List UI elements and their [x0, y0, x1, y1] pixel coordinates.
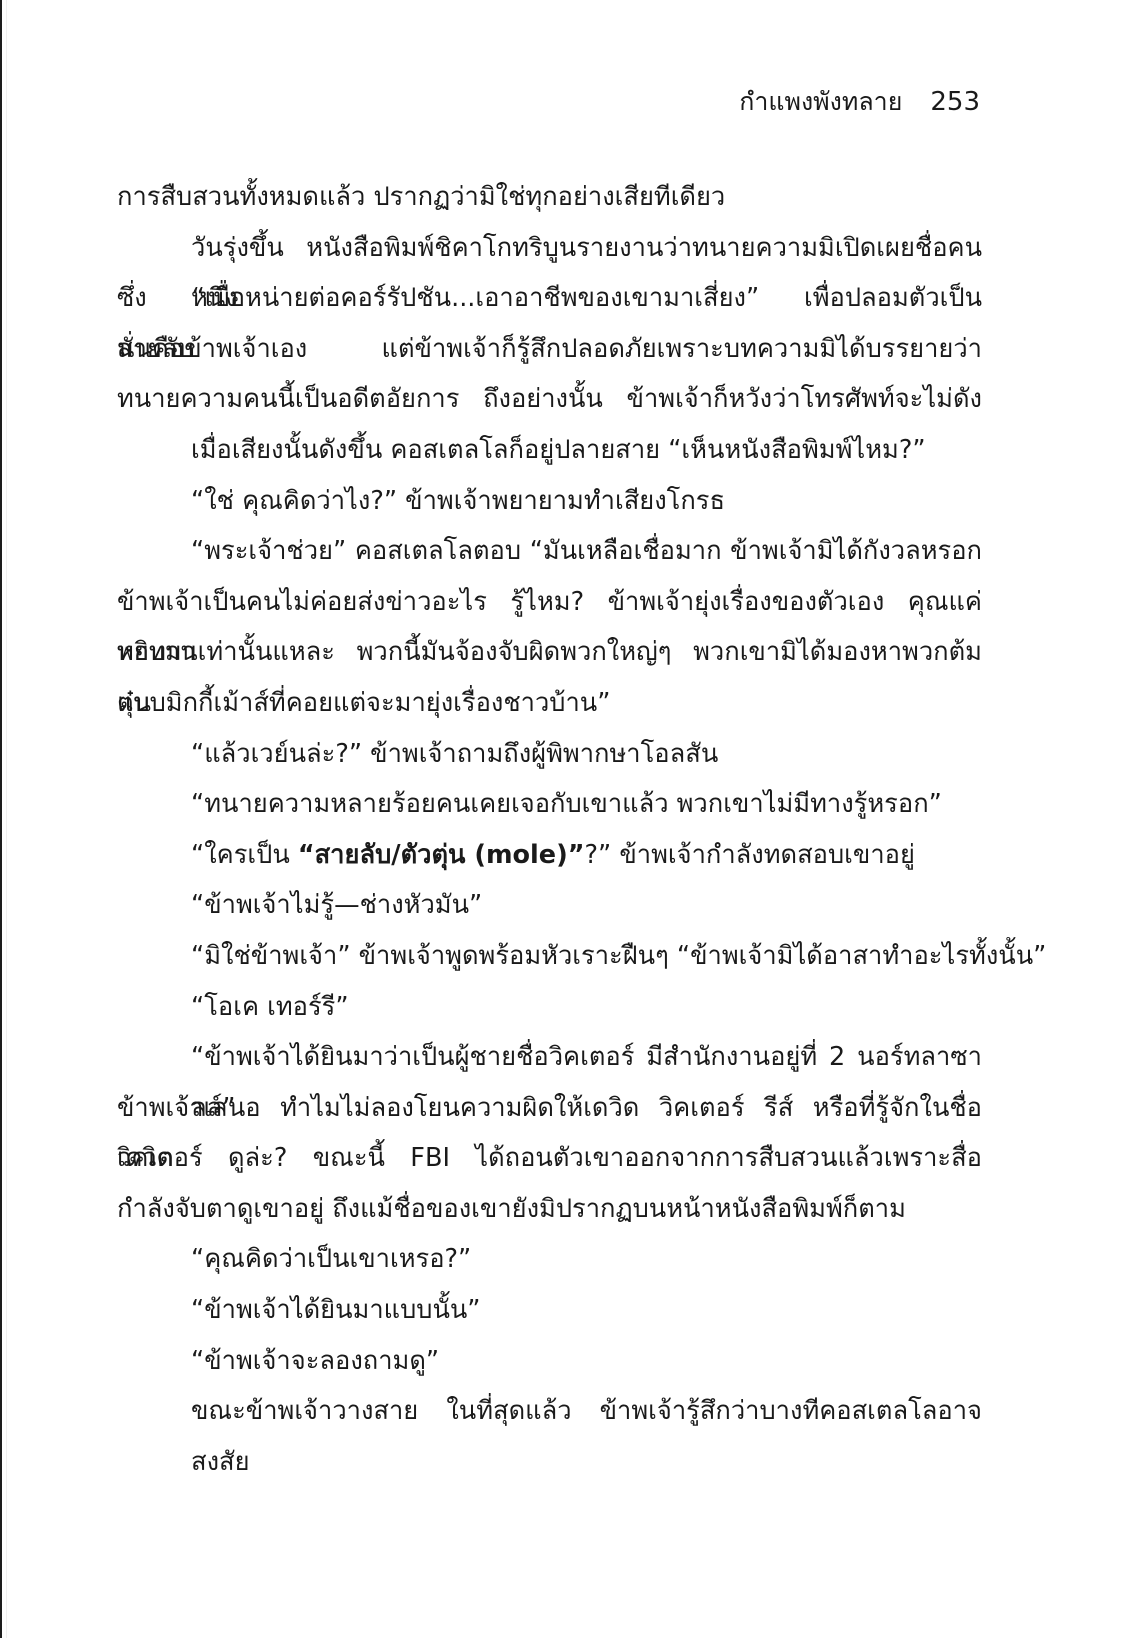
- text-line: ซึ่ง “เบื่อหน่ายต่อคอร์รัปชัน...เอาอาชีพ…: [117, 273, 982, 324]
- page-number: 253: [930, 87, 980, 117]
- text-line: “โอเค เทอร์รี”: [117, 982, 982, 1033]
- text-line: ข้าพเจ้าเสนอ ทำไมไม่ลองโยนความผิดให้เดวิ…: [117, 1083, 982, 1134]
- text-line: “คุณคิดว่าเป็นเขาเหรอ?”: [117, 1234, 982, 1285]
- text-line: “พระเจ้าช่วย” คอสเตลโลตอบ “มันเหลือเชื่อ…: [117, 526, 982, 577]
- text-line: “ทนายความหลายร้อยคนเคยเจอกับเขาแล้ว พวกเ…: [117, 779, 982, 830]
- text-line: “ข้าพเจ้าจะลองถามดู”: [117, 1336, 982, 1387]
- text-line: “แล้วเวย์นล่ะ?” ข้าพเจ้าถามถึงผู้พิพากษา…: [117, 729, 982, 780]
- text-line: “ข้าพเจ้าได้ยินมาแบบนั้น”: [117, 1285, 982, 1336]
- text-line: พอทานเท่านั้นแหละ พวกนี้มันจ้องจับผิดพวก…: [117, 627, 982, 678]
- text-line: “ข้าพเจ้าไม่รู้—ช่างหัวมัน”: [117, 880, 982, 931]
- text-line: “มิใช่ข้าพเจ้า” ข้าพเจ้าพูดพร้อมหัวเราะฝ…: [117, 931, 982, 982]
- text-segment: “ใครเป็น: [191, 840, 298, 870]
- text-line: วิคเตอร์ ดูล่ะ? ขณะนี้ FBI ได้ถอนตัวเขาอ…: [117, 1133, 982, 1184]
- bold-term: “สายลับ/ตัวตุ่น (mole)”: [298, 840, 585, 870]
- text-segment: ?” ข้าพเจ้ากำลังทดสอบเขาอยู่: [585, 840, 915, 870]
- page-left-border: [0, 0, 2, 1638]
- text-line: เมื่อเสียงนั้นดังขึ้น คอสเตลโลก็อยู่ปลาย…: [117, 425, 982, 476]
- text-line: กำลังจับตาดูเขาอยู่ ถึงแม้ชื่อของเขายังม…: [117, 1184, 982, 1235]
- text-line: ทนายความคนนี้เป็นอดีตอัยการ ถึงอย่างนั้น…: [117, 374, 982, 425]
- page-gutter-line: [6, 0, 7, 1638]
- text-line: แบบมิกกี้เม้าส์ที่คอยแต่จะมายุ่งเรื่องชา…: [117, 678, 982, 729]
- text-line: การสืบสวนทั้งหมดแล้ว ปรากฏว่ามิใช่ทุกอย่…: [117, 172, 982, 223]
- text-line: นั่นคือข้าพเจ้าเอง แต่ข้าพเจ้าก็รู้สึกปล…: [117, 324, 982, 375]
- text-line: ข้าพเจ้าเป็นคนไม่ค่อยส่งข่าวอะไร รู้ไหม?…: [117, 577, 982, 628]
- running-header: กำแพงพังทลาย 253: [739, 82, 980, 122]
- text-line: วันรุ่งขึ้น หนังสือพิมพ์ชิคาโกทริบูนรายง…: [117, 223, 982, 274]
- running-title: กำแพงพังทลาย: [739, 82, 902, 122]
- text-line: “ข้าพเจ้าได้ยินมาว่าเป็นผู้ชายชื่อวิคเตอ…: [117, 1032, 982, 1083]
- text-line: ขณะข้าพเจ้าวางสาย ในที่สุดแล้ว ข้าพเจ้าร…: [117, 1386, 982, 1437]
- body-text: การสืบสวนทั้งหมดแล้ว ปรากฏว่ามิใช่ทุกอย่…: [117, 172, 982, 1437]
- text-line-mixed: “ใครเป็น “สายลับ/ตัวตุ่น (mole)”?” ข้าพเ…: [117, 830, 982, 881]
- text-line: “ใช่ คุณคิดว่าไง?” ข้าพเจ้าพยายามทำเสียง…: [117, 476, 982, 527]
